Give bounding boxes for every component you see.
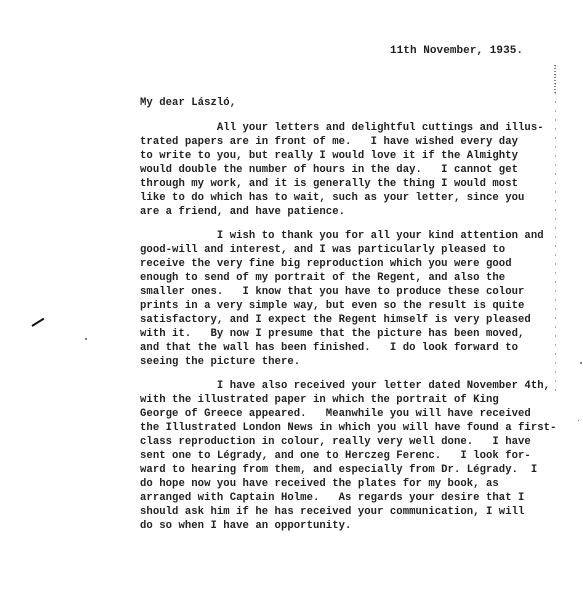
text-line: through my work, and it is generally the… <box>140 178 518 190</box>
text-line: George of Greece appeared. Meanwhile you… <box>140 408 531 420</box>
text-line: the Illustrated London News in which you… <box>140 422 556 434</box>
text-line: prints in a very simple way, but even so… <box>140 300 524 312</box>
text-line: do so when I have an opportunity. <box>140 520 351 532</box>
text-line: enough to send of my portrait of the Reg… <box>140 272 505 284</box>
scan-edge-artifact-dense <box>554 65 556 95</box>
text-line: would double the number of hours in the … <box>140 164 518 176</box>
text-line: sent one to Légrady, and one to Herczeg … <box>140 450 531 462</box>
text-line: trated papers are in front of me. I have… <box>140 136 518 148</box>
text-line: to write to you, but really I would love… <box>140 150 518 162</box>
scan-speck <box>578 420 579 421</box>
text-line: and that the wall has been finished. I d… <box>140 342 518 354</box>
text-line: like to do which has to wait, such as yo… <box>140 192 524 204</box>
text-line: satisfactory, and I expect the Regent hi… <box>140 314 531 326</box>
text-line: good-will and interest, and I was partic… <box>140 244 505 256</box>
text-line: I have also received your letter dated N… <box>140 380 550 392</box>
text-line: should ask him if he has received your c… <box>140 506 524 518</box>
text-line: smaller ones. I know that you have to pr… <box>140 286 524 298</box>
margin-pen-mark <box>31 318 44 327</box>
text-line: class reproduction in colour, really ver… <box>140 436 531 448</box>
letter-date: 11th November, 1935. <box>390 45 523 57</box>
text-line: receive the very fine big reproduction w… <box>140 258 512 270</box>
text-line: seeing the picture there. <box>140 356 300 368</box>
scan-speck <box>85 338 87 340</box>
text-line: All your letters and delightful cuttings… <box>140 122 544 134</box>
text-line: do hope now you have received the plates… <box>140 478 499 490</box>
text-line: with it. By now I presume that the pictu… <box>140 328 524 340</box>
letter-page: 11th November, 1935. My dear László, All… <box>0 0 583 600</box>
text-line: with the illustrated paper in which the … <box>140 394 499 406</box>
text-line: arranged with Captain Holme. As regards … <box>140 492 524 504</box>
text-line: ward to hearing from them, and especiall… <box>140 464 537 476</box>
scan-speck <box>580 362 582 364</box>
text-line: I wish to thank you for all your kind at… <box>140 230 544 242</box>
text-line: are a friend, and have patience. <box>140 206 345 218</box>
salutation: My dear László, <box>140 97 236 109</box>
scan-edge-artifact <box>555 65 556 395</box>
